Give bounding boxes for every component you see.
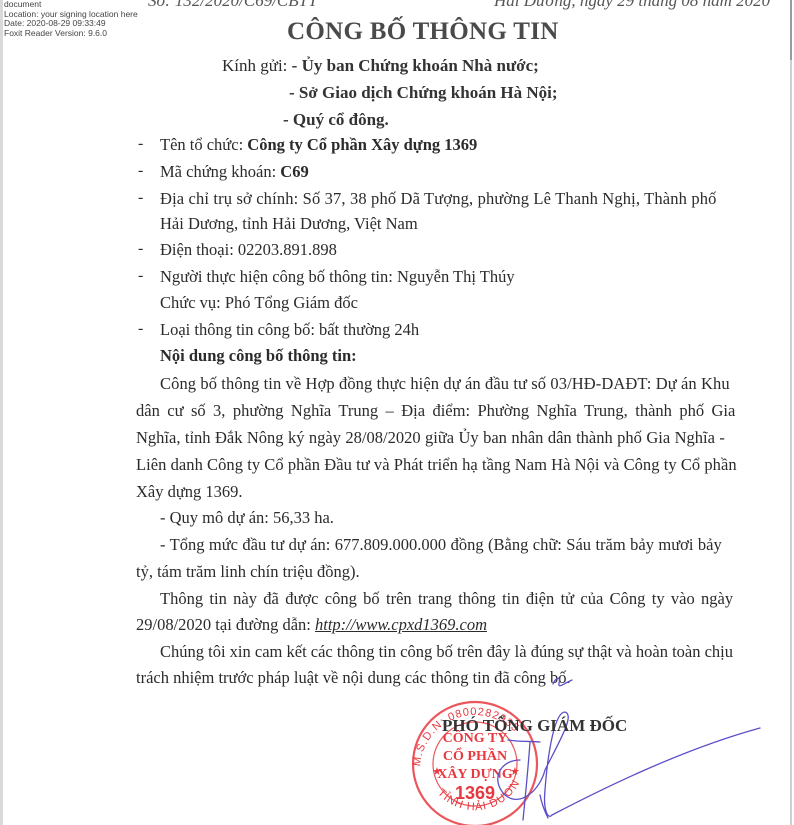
- svg-text:★: ★: [432, 766, 442, 778]
- svg-text:★: ★: [510, 766, 520, 778]
- company-stamp: M.S.D.N: 0800282935 TỈNH HẢI DƯƠNG CÔNG …: [0, 0, 537, 825]
- svg-text:1369: 1369: [455, 783, 495, 803]
- signer-title: PHÓ TỔNG GIÁM ĐỐC: [442, 716, 627, 736]
- handwritten-signature: [498, 678, 760, 820]
- stamp-bottom-text: TỈNH HẢI DƯƠNG: [0, 0, 523, 813]
- svg-text:CỔ PHẦN: CỔ PHẦN: [443, 746, 507, 764]
- stamp-and-signature: M.S.D.N: 0800282935 TỈNH HẢI DƯƠNG CÔNG …: [0, 0, 794, 825]
